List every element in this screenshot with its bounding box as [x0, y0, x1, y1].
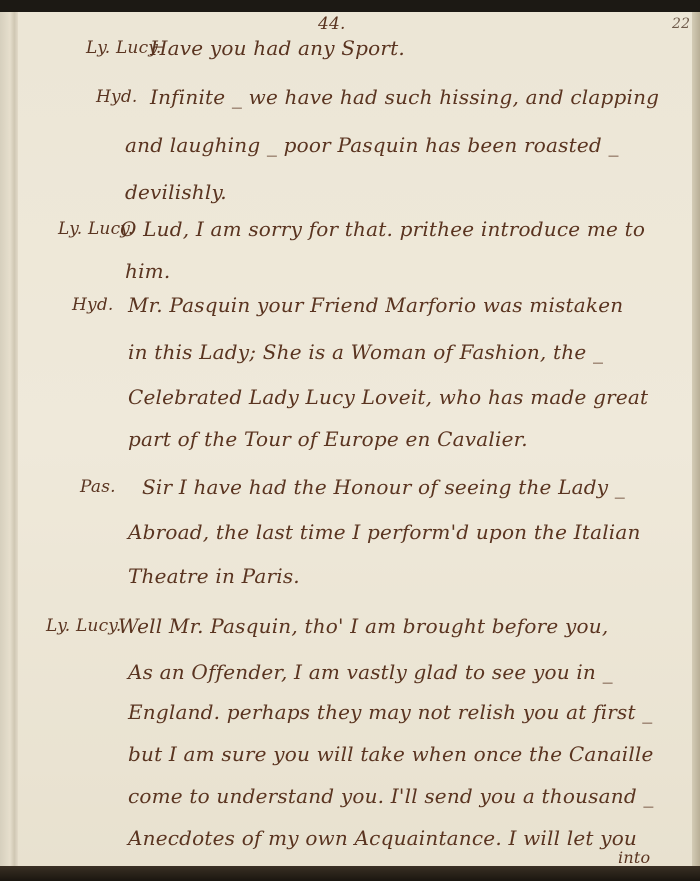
dialogue-line: and laughing _ poor Pasquin has been roa…: [125, 133, 619, 157]
dialogue-line: Sir I have had the Honour of seeing the …: [142, 475, 625, 499]
speaker-label: Hyd.: [96, 87, 138, 107]
dialogue-line: devilishly.: [125, 180, 227, 204]
folio-number: 22: [672, 16, 690, 32]
dialogue-line: Abroad, the last time I perform'd upon t…: [128, 520, 641, 544]
dialogue-line: Have you had any Sport.: [150, 36, 405, 60]
page-edge: [692, 12, 700, 868]
dialogue-line: Mr. Pasquin your Friend Marforio was mis…: [128, 293, 623, 317]
page-number: 44.: [318, 14, 346, 34]
dialogue-line: O Lud, I am sorry for that. prithee intr…: [120, 217, 645, 241]
speaker-label: Hyd.: [72, 295, 114, 315]
page-gutter: [0, 12, 18, 868]
book-bottom-edge: [0, 866, 700, 881]
speaker-label: Ly. Lucy.: [46, 616, 121, 636]
speaker-label: Pas.: [80, 477, 116, 497]
dialogue-line: England. perhaps they may not relish you…: [128, 700, 653, 724]
dialogue-line: but I am sure you will take when once th…: [128, 742, 654, 766]
catchword: into: [618, 848, 650, 867]
dialogue-line: in this Lady; She is a Woman of Fashion,…: [128, 340, 603, 364]
dialogue-line: part of the Tour of Europe en Cavalier.: [128, 427, 528, 451]
dialogue-line: Well Mr. Pasquin, tho' I am brought befo…: [118, 614, 608, 638]
dialogue-line: Infinite _ we have had such hissing, and…: [150, 85, 659, 109]
dialogue-line: Celebrated Lady Lucy Loveit, who has mad…: [128, 385, 648, 409]
dialogue-line: him.: [125, 259, 170, 283]
dialogue-line: As an Offender, I am vastly glad to see …: [128, 660, 613, 684]
dialogue-line: Anecdotes of my own Acquaintance. I will…: [128, 826, 637, 850]
dialogue-line: Theatre in Paris.: [128, 564, 300, 588]
dialogue-line: come to understand you. I'll send you a …: [128, 784, 654, 808]
